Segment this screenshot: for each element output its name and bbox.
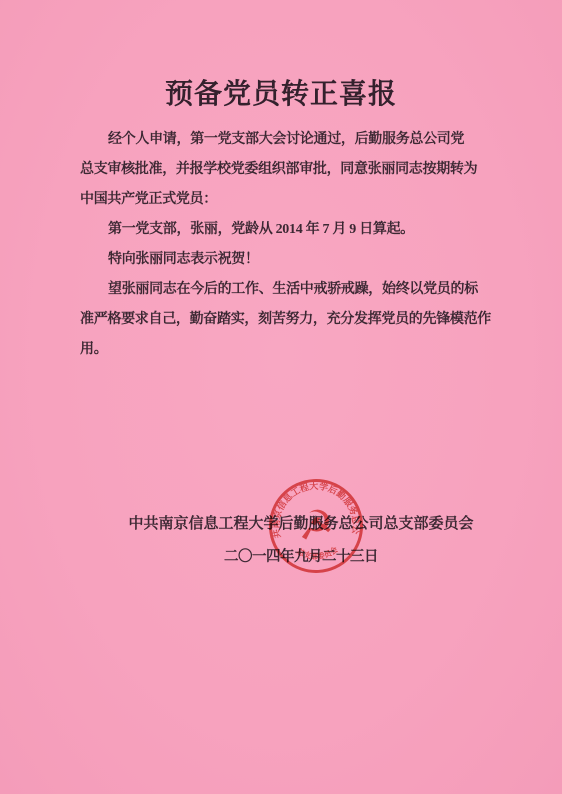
hammer-sickle-icon: ☭ [297, 502, 335, 550]
body-line-6: 望张丽同志在今后的工作、生活中戒骄戒躁，始终以党员的标 [80, 275, 482, 305]
body-line-5: 特向张丽同志表示祝贺！ [80, 245, 482, 275]
body-line-8: 用。 [80, 335, 482, 365]
body-line-7: 准严格要求自己，勤奋踏实，刻苦努力，充分发挥党员的先锋模范作 [80, 305, 482, 335]
notice-body: 经个人申请，第一党支部大会讨论通过，后勤服务总公司党 总支审核批准，并报学校党委… [80, 125, 482, 365]
official-seal: 中共南京信息工程大学后勤服务总公司 ☭ 总支部委员会 [263, 473, 368, 578]
body-line-4: 第一党支部，张丽，党龄从 2014 年 7 月 9 日算起。 [80, 215, 482, 245]
body-line-3: 中国共产党正式党员： [80, 185, 482, 215]
body-line-2: 总支审核批准，并报学校党委组织部审批，同意张丽同志按期转为 [80, 155, 482, 185]
notice-page: 预备党员转正喜报 经个人申请，第一党支部大会讨论通过，后勤服务总公司党 总支审核… [0, 0, 562, 794]
page-title: 预备党员转正喜报 [0, 72, 562, 112]
body-line-1: 经个人申请，第一党支部大会讨论通过，后勤服务总公司党 [80, 125, 482, 155]
